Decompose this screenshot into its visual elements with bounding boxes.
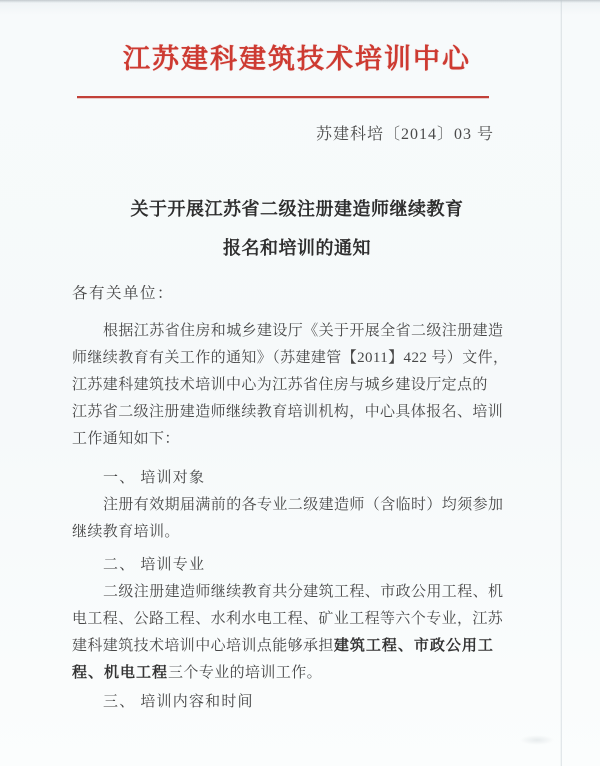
- document-number: 苏建科培〔2014〕03 号: [72, 124, 522, 146]
- section-heading: 三、 培训内容和时间: [72, 689, 522, 716]
- body-line: 继续教育培训。: [72, 519, 522, 546]
- body-line: 师继续教育有关工作的通知》（苏建建管【2011】422 号）文件，: [72, 345, 522, 372]
- section-heading: 一、 培训对象: [72, 465, 522, 492]
- body-line: 江苏建科建筑技术培训中心为江苏省住房与城乡建设厅定点的: [72, 372, 522, 399]
- document-content: 江苏建科建筑技术培训中心 苏建科培〔2014〕03 号 关于开展江苏省二级注册建…: [0, 42, 600, 716]
- emphasized-text: 建筑工程、市政公用工: [334, 638, 494, 654]
- text-segment: 继续教育培训。: [72, 524, 180, 540]
- scan-smudge: [520, 735, 554, 745]
- body-line: 程、机电工程三个专业的培训工作。: [72, 660, 522, 687]
- body-line: 江苏省二级注册建造师继续教育培训机构，中心具体报名、培训: [72, 399, 522, 426]
- text-segment: 师继续教育有关工作的通知》（苏建建管【2011】422 号）文件，: [72, 350, 508, 366]
- text-segment: 二、 培训专业: [103, 557, 205, 573]
- scan-top-edge: [0, 0, 600, 3]
- body-line: 建科建筑技术培训中心培训点能够承担建筑工程、市政公用工: [72, 633, 522, 660]
- body-line: 注册有效期届满前的各专业二级建造师（含临时）均须参加: [72, 492, 522, 519]
- body-line: 根据江苏省住房和城乡建设厅《关于开展全省二级注册建造: [72, 318, 522, 345]
- text-segment: 根据江苏省住房和城乡建设厅《关于开展全省二级注册建造: [103, 323, 503, 339]
- document-title-line1: 关于开展江苏省二级注册建造师继续教育: [72, 190, 522, 229]
- document-page: 江苏建科建筑技术培训中心 苏建科培〔2014〕03 号 关于开展江苏省二级注册建…: [0, 0, 600, 766]
- letterhead-divider: [77, 96, 489, 98]
- document-title-line2: 报名和培训的通知: [72, 229, 522, 268]
- section-heading: 二、 培训专业: [72, 552, 522, 579]
- body-line: 二级注册建造师继续教育共分建筑工程、市政公用工程、机: [72, 579, 522, 606]
- text-segment: 注册有效期届满前的各专业二级建造师（含临时）均须参加: [103, 497, 503, 513]
- emphasized-text: 程、机电工程: [72, 665, 168, 681]
- document-body: 根据江苏省住房和城乡建设厅《关于开展全省二级注册建造师继续教育有关工作的通知》（…: [72, 318, 522, 716]
- body-line: 工作通知如下：: [72, 426, 522, 453]
- text-segment: 三、 培训内容和时间: [103, 694, 254, 710]
- letterhead-org-name: 江苏建科建筑技术培训中心: [72, 42, 522, 76]
- text-segment: 三个专业的培训工作。: [168, 665, 322, 681]
- body-line: 电工程、公路工程、水利水电工程、矿业工程等六个专业，江苏: [72, 606, 522, 633]
- text-segment: 江苏省二级注册建造师继续教育培训机构，中心具体报名、培训: [72, 404, 503, 420]
- text-segment: 建科建筑技术培训中心培训点能够承担: [72, 638, 334, 654]
- text-segment: 电工程、公路工程、水利水电工程、矿业工程等六个专业，江苏: [72, 611, 503, 627]
- text-segment: 江苏建科建筑技术培训中心为江苏省住房与城乡建设厅定点的: [72, 377, 488, 393]
- text-segment: 工作通知如下：: [72, 431, 180, 447]
- text-segment: 二级注册建造师继续教育共分建筑工程、市政公用工程、机: [103, 584, 503, 600]
- document-title: 关于开展江苏省二级注册建造师继续教育 报名和培训的通知: [72, 190, 522, 268]
- salutation: 各有关单位：: [72, 283, 522, 304]
- text-segment: 一、 培训对象: [103, 470, 205, 486]
